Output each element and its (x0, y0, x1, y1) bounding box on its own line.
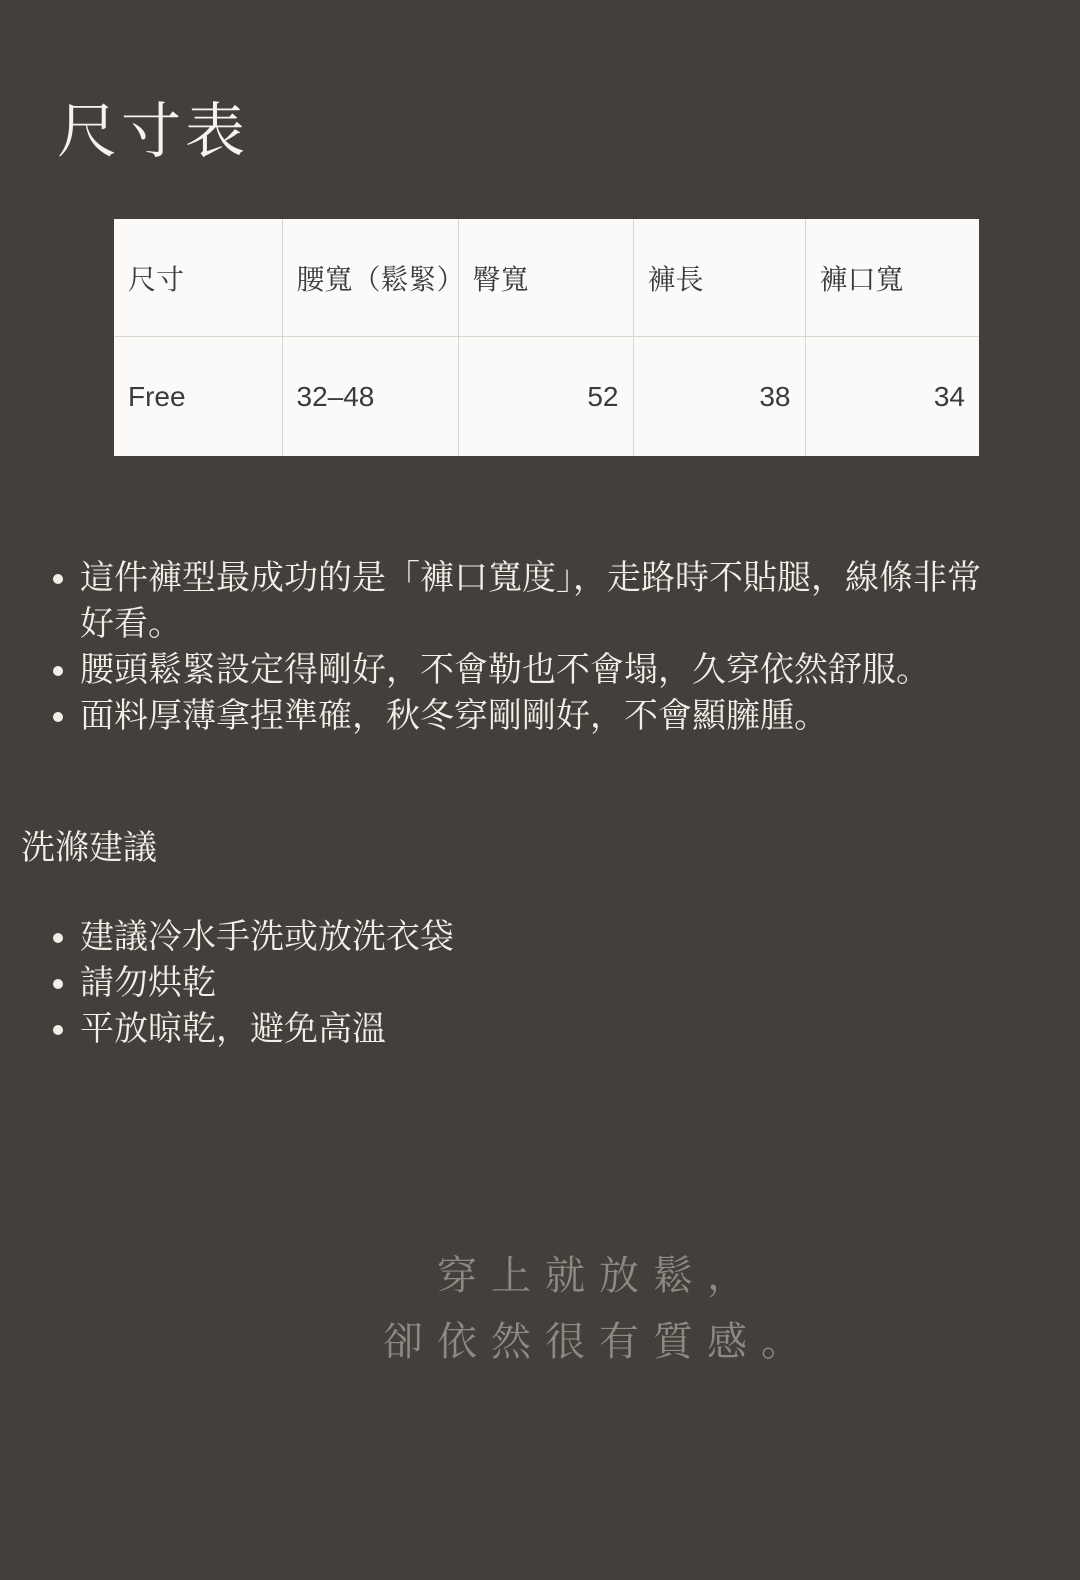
table-row: Free 32–48 52 38 34 (114, 337, 979, 457)
highlight-item: 腰頭鬆緊設定得剛好，不會勒也不會塌，久穿依然舒服。 (80, 647, 1014, 693)
page-title: 尺寸表 (57, 100, 1080, 164)
size-table-header-waist: 腰寬（鬆緊） (282, 219, 458, 337)
size-table-header: 尺寸 腰寬（鬆緊） 臀寬 褲長 褲口寬 (114, 219, 979, 337)
size-table-header-length: 褲長 (633, 219, 805, 337)
care-item: 建議冷水手洗或放洗衣袋 (80, 914, 1014, 960)
product-size-info-page: 尺寸表 尺寸 腰寬（鬆緊） 臀寬 褲長 褲口寬 Free 32–48 52 38 (0, 0, 1080, 1580)
size-cell-length: 38 (633, 337, 805, 457)
highlights-list: 這件褲型最成功的是「褲口寬度」，走路時不貼腿，線條非常好看。 腰頭鬆緊設定得剛好… (0, 555, 1014, 739)
highlight-item: 這件褲型最成功的是「褲口寬度」，走路時不貼腿，線條非常好看。 (80, 555, 1014, 647)
size-table-header-size: 尺寸 (114, 219, 282, 337)
size-table-header-hip: 臀寬 (458, 219, 633, 337)
care-item: 平放晾乾，避免高溫 (80, 1006, 1014, 1052)
tagline-line-1: 穿上就放鬆， (118, 1243, 1080, 1309)
size-table-header-row: 尺寸 腰寬（鬆緊） 臀寬 褲長 褲口寬 (114, 219, 979, 337)
size-table-body: Free 32–48 52 38 34 (114, 337, 979, 457)
tagline-line-2: 卻依然很有質感。 (118, 1309, 1080, 1375)
tagline: 穿上就放鬆， 卻依然很有質感。 (0, 1243, 1080, 1375)
size-cell-waist: 32–48 (282, 337, 458, 457)
size-cell-size: Free (114, 337, 282, 457)
care-item: 請勿烘乾 (80, 960, 1014, 1006)
size-cell-leg-opening: 34 (805, 337, 979, 457)
size-cell-hip: 52 (458, 337, 633, 457)
size-table: 尺寸 腰寬（鬆緊） 臀寬 褲長 褲口寬 Free 32–48 52 38 34 (114, 219, 979, 456)
size-table-header-leg-opening: 褲口寬 (805, 219, 979, 337)
care-section-heading: 洗滌建議 (21, 825, 1080, 871)
care-list: 建議冷水手洗或放洗衣袋 請勿烘乾 平放晾乾，避免高溫 (0, 914, 1014, 1052)
highlight-item: 面料厚薄拿捏準確，秋冬穿剛剛好，不會顯臃腫。 (80, 693, 1014, 739)
